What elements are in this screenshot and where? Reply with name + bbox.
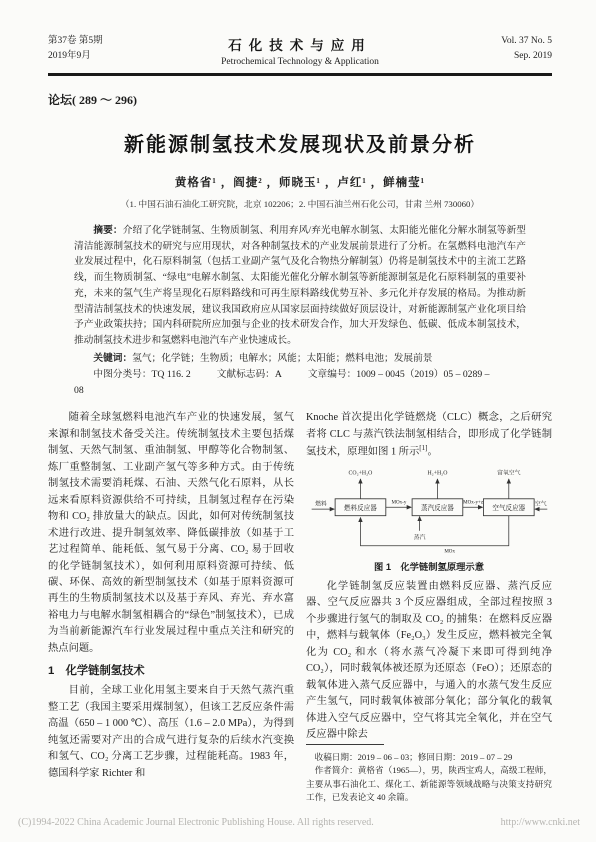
journal-issue-en: Vol. 37 No. 5 Sep. 2019 bbox=[432, 34, 552, 63]
keywords-text: 氢气；化学链；生物质；电解水；风能；太阳能；燃料电池；发展前景 bbox=[132, 353, 432, 364]
continuation-paragraph: Knoche 首次提出化学链燃烧（CLC）概念，之后研究者将 CLC 与蒸汽铁法… bbox=[306, 410, 552, 461]
right-column: Knoche 首次提出化学链燃烧（CLC）概念，之后研究者将 CLC 与蒸汽铁法… bbox=[306, 410, 552, 809]
received-date: 收稿日期：2019 – 06 – 03；修回日期：2019 – 07 – 29 bbox=[306, 751, 552, 765]
abstract-block: 摘要：介绍了化学链制氢、生物质制氢、利用弃风/弃光电解水制氢、太阳能光催化分解水… bbox=[74, 223, 526, 349]
keywords-line: 关键词：氢气；化学链；生物质；电解水；风能；太阳能；燃料电池；发展前景 bbox=[74, 351, 526, 367]
abstract-text: 介绍了化学链制氢、生物质制氢、利用弃风/弃光电解水制氢、太阳能光催化分解水制氢等… bbox=[74, 225, 526, 346]
issue-line: 第37卷 第5期 bbox=[48, 34, 168, 49]
intro-paragraph: 随着全球氢燃料电池汽车产业的快速发展，氢气来源和制氢技术备受关注。传统制氢技术主… bbox=[48, 410, 294, 657]
section-1-heading: 1 化学链制氢技术 bbox=[48, 662, 294, 680]
fuel-reactor-box-label: 燃料反应器 bbox=[344, 503, 377, 512]
figure-1-caption: 图 1 化学链制氢原理示意 bbox=[306, 560, 552, 575]
journal-page: 第37卷 第5期 2019年9月 石化技术与应用 Petrochemical T… bbox=[0, 0, 596, 842]
journal-header: 第37卷 第5期 2019年9月 石化技术与应用 Petrochemical T… bbox=[48, 34, 552, 67]
date-line: 2019年9月 bbox=[48, 49, 168, 64]
abstract-label: 摘要： bbox=[93, 225, 122, 236]
h2-output-label: H₂+H₂O bbox=[427, 471, 447, 477]
continuation-period: 。 bbox=[427, 447, 437, 458]
section-1-paragraph: 目前，全球工业化用氢主要来自于天然气蒸汽重整工艺（我国主要采用煤制氢），但该工艺… bbox=[48, 683, 294, 782]
air-input-label: 空气 bbox=[535, 499, 547, 507]
classification-line: 中图分类号：TQ 116. 2文献标志码：A文章编号：1009 – 0045（2… bbox=[74, 367, 526, 398]
article-body: 随着全球氢燃料电池汽车产业的快速发展，氢气来源和制氢技术备受关注。传统制氢技术主… bbox=[48, 410, 552, 809]
steam-reactor-box-label: 蒸汽反应器 bbox=[421, 503, 454, 512]
article-title: 新能源制氢技术发展现状及前景分析 bbox=[48, 128, 552, 157]
header-rule bbox=[48, 73, 552, 76]
chemical-looping-diagram: CO₂+H₂O H₂+H₂O 富氧空气 燃料反应器 蒸汽反应器 空气反应 bbox=[306, 465, 552, 557]
journal-title-cn: 石化技术与应用 bbox=[168, 34, 432, 54]
fuel-input-label: 燃料 bbox=[315, 499, 327, 507]
vol-line: Vol. 37 No. 5 bbox=[432, 34, 552, 49]
cnki-url: http://www.cnki.net bbox=[501, 817, 580, 828]
oxygen-carrier-reduced-label: MOx-y bbox=[392, 500, 407, 506]
abstract-paragraph: 摘要：介绍了化学链制氢、生物质制氢、利用弃风/弃光电解水制氢、太阳能光催化分解水… bbox=[74, 223, 526, 349]
article-affiliation: （1. 中国石油石油化工研究院，北京 102206；2. 中国石油兰州石化公司，… bbox=[48, 197, 552, 210]
steam-input-label: 蒸汽 bbox=[414, 533, 426, 541]
article-authors: 黄格省¹ ，阎捷² ，师晓玉¹ ，卢红¹ ，鲜楠莹¹ bbox=[48, 174, 552, 190]
cnki-footer: (C)1994-2022 China Academic Journal Elec… bbox=[18, 817, 580, 828]
journal-issue-cn: 第37卷 第5期 2019年9月 bbox=[48, 34, 168, 63]
journal-title-block: 石化技术与应用 Petrochemical Technology & Appli… bbox=[168, 34, 432, 67]
keywords-label: 关键词： bbox=[93, 353, 132, 364]
left-column: 随着全球氢燃料电池汽车产业的快速发展，氢气来源和制氢技术备受关注。传统制氢技术主… bbox=[48, 410, 294, 809]
oxygen-rich-air-label: 富氧空气 bbox=[497, 469, 520, 477]
air-reactor-box-label: 空气反应器 bbox=[492, 503, 525, 512]
document-code: 文献标志码：A bbox=[217, 369, 282, 380]
figure-1: CO₂+H₂O H₂+H₂O 富氧空气 燃料反应器 蒸汽反应器 空气反应 bbox=[306, 465, 552, 575]
oxygen-carrier-partial-label: MOx-y+z bbox=[463, 500, 484, 506]
author-bio: 作者简介：黄格省（1965—），男，陕西宝鸡人，高级工程师，主要从事石油化工、煤… bbox=[306, 764, 552, 805]
forum-page-range: 论坛( 289 ～ 296) bbox=[48, 91, 552, 108]
journal-title-en: Petrochemical Technology & Application bbox=[168, 57, 432, 67]
copyright-text: (C)1994-2022 China Academic Journal Elec… bbox=[18, 817, 374, 828]
date-en-line: Sep. 2019 bbox=[432, 49, 552, 64]
footnote-rule bbox=[306, 744, 384, 745]
clc-number: 中图分类号：TQ 116. 2 bbox=[93, 369, 190, 380]
co2-output-label: CO₂+H₂O bbox=[349, 471, 373, 477]
process-paragraph: 化学链制氢反应装置由燃料反应器、蒸汽反应器、空气反应器共 3 个反应器组成，全部… bbox=[306, 579, 552, 744]
oxygen-carrier-return-label: MOx bbox=[444, 548, 455, 554]
footnote-block: 收稿日期：2019 – 06 – 03；修回日期：2019 – 07 – 29 … bbox=[306, 744, 552, 809]
